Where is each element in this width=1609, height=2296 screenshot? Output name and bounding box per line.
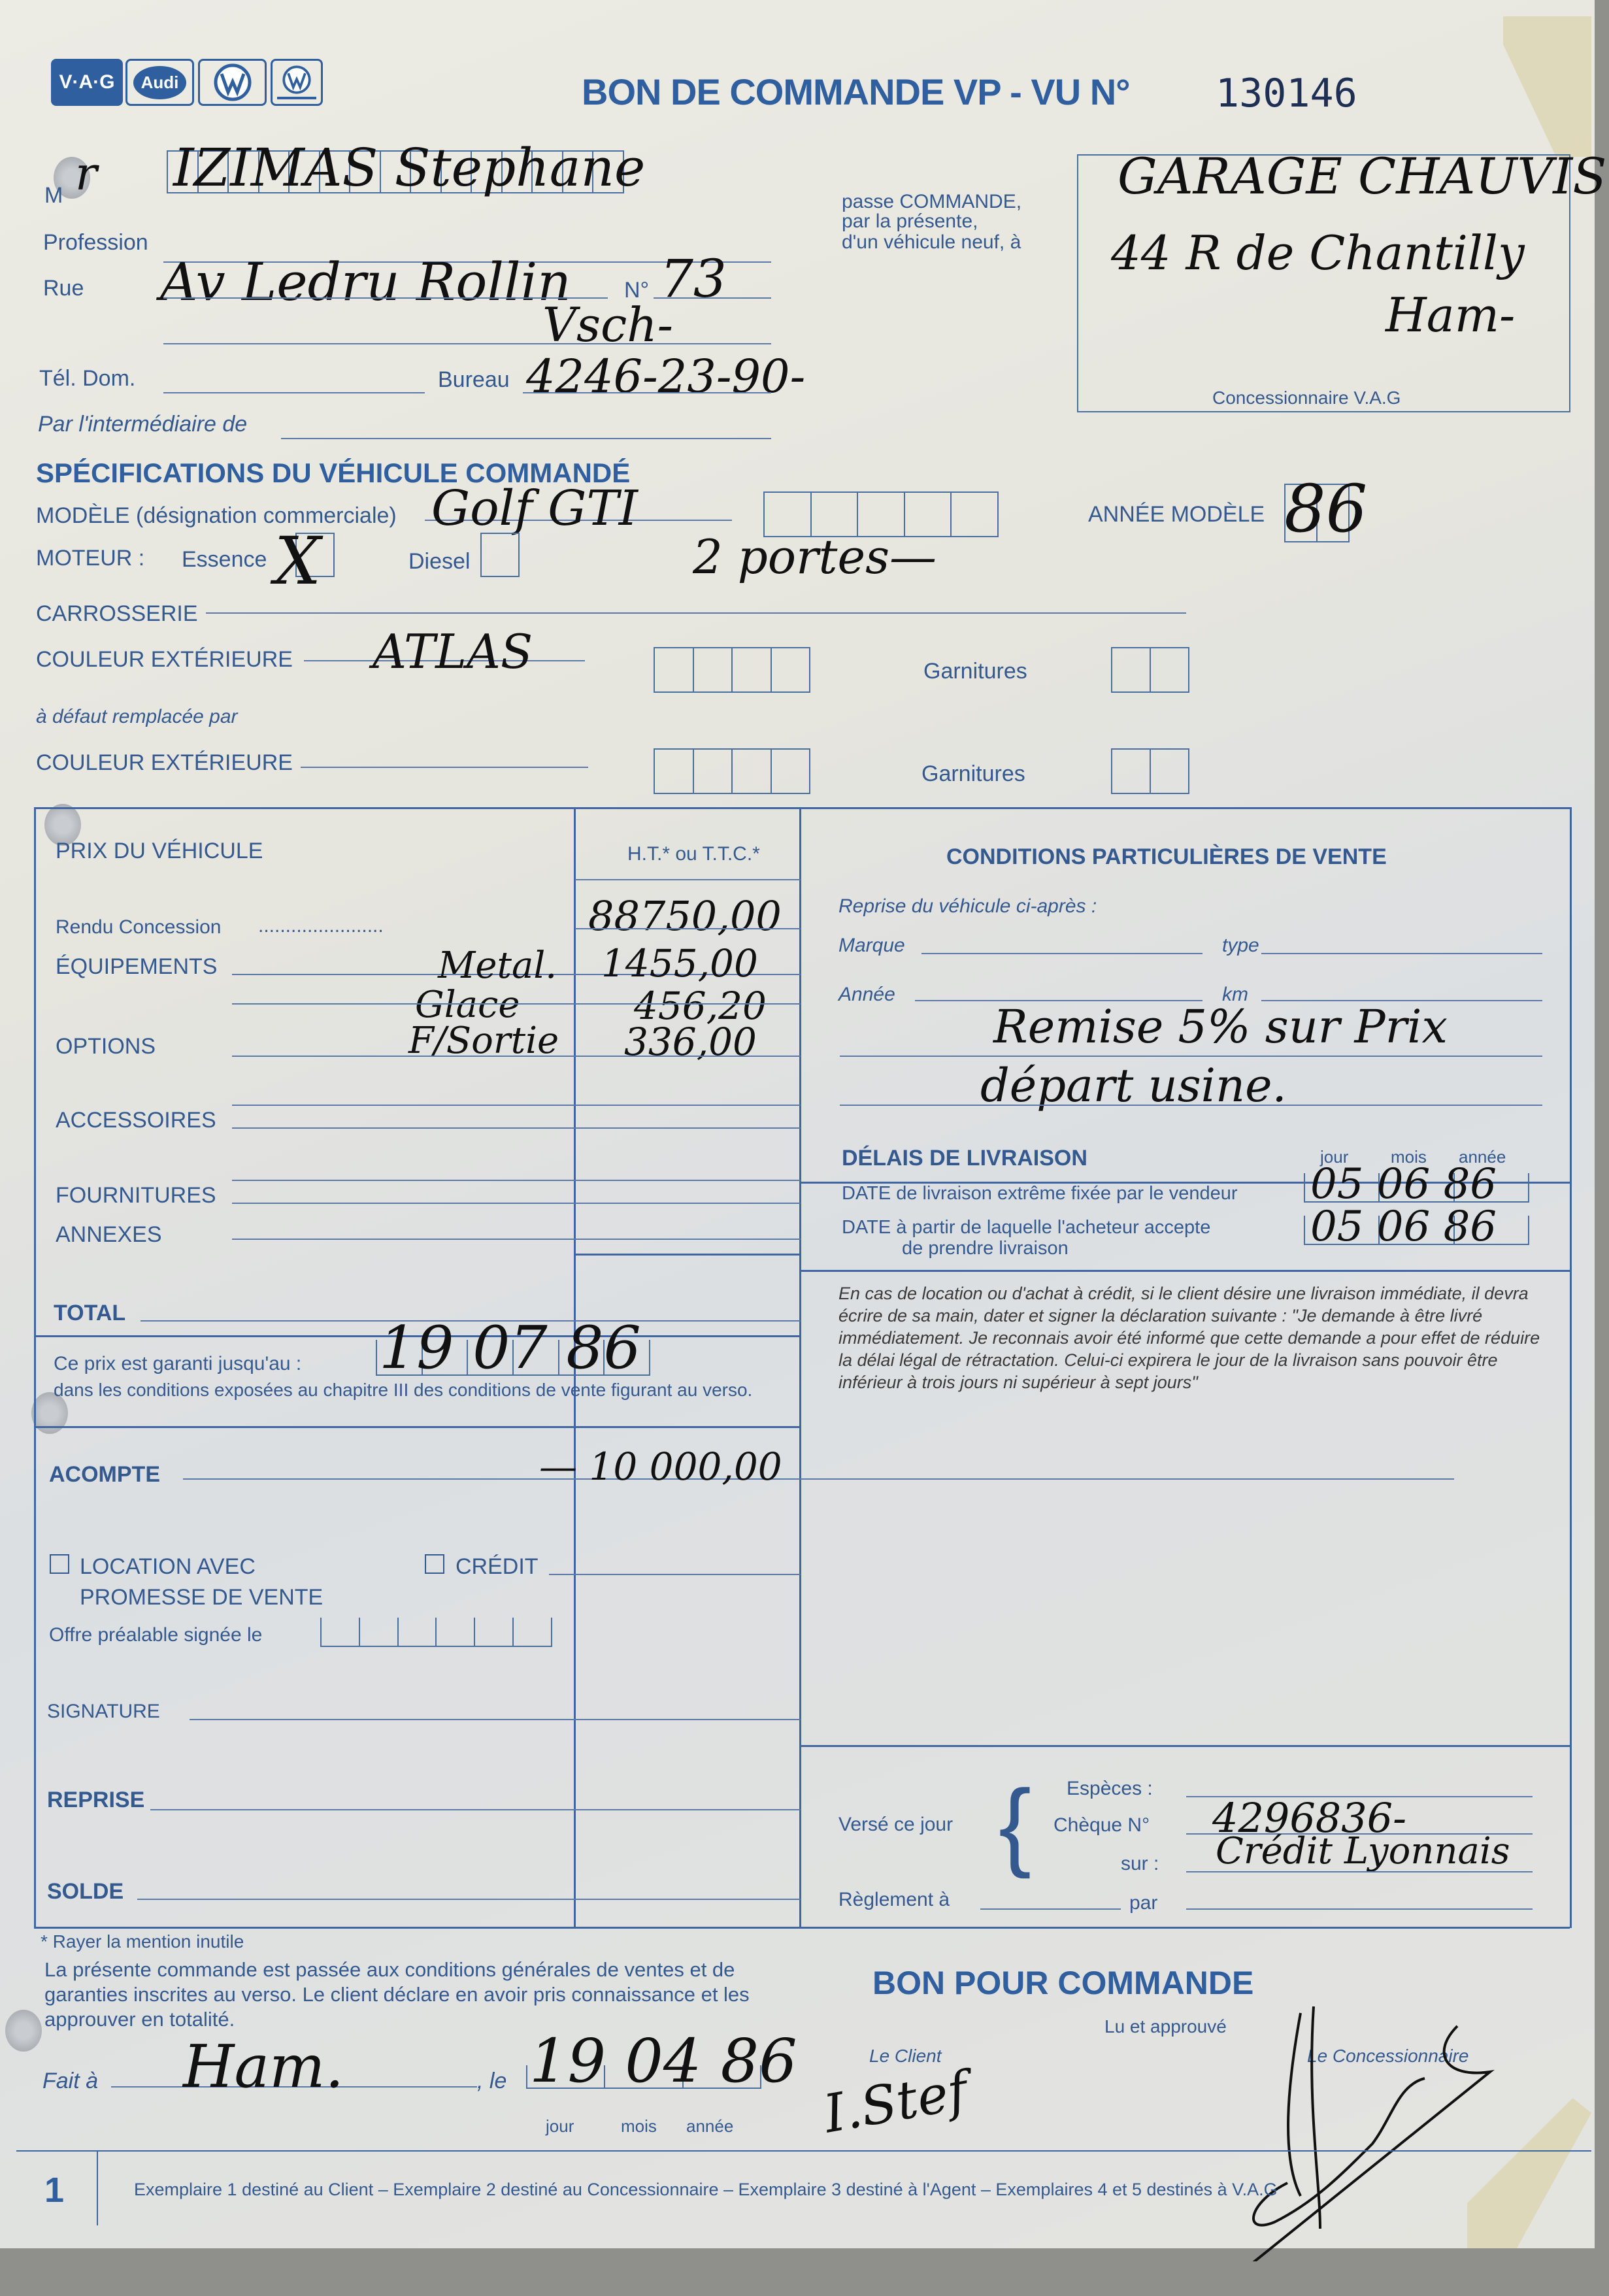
date1-value: 05 06 86	[1310, 1160, 1497, 1208]
especes-label: Espèces :	[1067, 1778, 1153, 1800]
table-bottom-border	[34, 1927, 1570, 1929]
credit-checkbox[interactable]	[425, 1554, 444, 1574]
date2-value: 05 06 86	[1310, 1203, 1497, 1251]
garanti-text: dans les conditions exposées au chapitre…	[54, 1379, 792, 1401]
solde-line	[137, 1899, 801, 1900]
rendu-value: 88750,00	[588, 892, 782, 940]
garnitures2-label: Garnitures	[921, 761, 1025, 787]
acompte-line	[183, 1478, 1454, 1480]
rue-value: Av Ledru Rollin	[160, 252, 571, 312]
title-value: r	[75, 147, 97, 201]
footer-divider	[16, 2150, 1591, 2152]
title-label: M	[44, 183, 63, 208]
carrosserie-line	[206, 612, 1186, 614]
date2-label-1: DATE à partir de laquelle l'acheteur acc…	[842, 1217, 1210, 1239]
marque-label: Marque	[838, 935, 905, 957]
solde-label: SOLDE	[47, 1879, 124, 1905]
audi-logo: Audi	[125, 59, 194, 106]
credit-line	[549, 1574, 801, 1575]
notice-divider	[799, 1270, 1570, 1272]
vw-emblem-icon	[282, 65, 311, 94]
dealer-address: 44 R de Chantilly	[1111, 225, 1525, 280]
equipements-label: ÉQUIPEMENTS	[56, 954, 217, 980]
brace: {	[999, 1768, 1031, 1881]
fait-jour: jour	[546, 2116, 574, 2137]
offre-date-cells	[320, 1618, 552, 1647]
couleur1-code-cells	[654, 647, 810, 693]
type-label: type	[1222, 935, 1259, 957]
signature-line	[190, 1719, 801, 1720]
reprise-line	[150, 1809, 801, 1810]
le-label: , le	[477, 2069, 506, 2094]
vw-logo	[198, 59, 267, 106]
livraison-heading: DÉLAIS DE LIVRAISON	[842, 1146, 1087, 1171]
tel-dom-label: Tél. Dom.	[39, 366, 135, 391]
sur-line	[1186, 1871, 1533, 1872]
annee-modele-label: ANNÉE MODÈLE	[1088, 502, 1265, 527]
dealer-name: GARAGE CHAUVIS	[1118, 147, 1606, 205]
dealer-intro-1: passe COMMANDE,	[842, 191, 1021, 213]
dealer-city: Ham-	[1385, 288, 1515, 342]
bureau-label: Bureau	[438, 367, 510, 393]
fait-annee: année	[686, 2116, 733, 2137]
client-name: IZIMAS Stephane	[173, 137, 645, 198]
sur-value: Crédit Lyonnais	[1216, 1830, 1510, 1872]
annexes-label: ANNEXES	[56, 1222, 162, 1248]
rendu-label: Rendu Concession	[56, 916, 222, 939]
date2-label-2: de prendre livraison	[902, 1238, 1069, 1259]
bon-pour-commande: BON POUR COMMANDE	[872, 1964, 1253, 2002]
moteur-label: MOTEUR :	[36, 546, 144, 571]
garnitures1-cells	[1111, 647, 1189, 693]
rendu-dots: .......................	[258, 915, 384, 937]
portes-value: 2 portes—	[693, 529, 937, 584]
diesel-label: Diesel	[408, 549, 470, 574]
fait-date-value: 19 04 86	[529, 2026, 797, 2096]
garnitures2-cells	[1111, 748, 1189, 794]
lu-approuve: Lu et approuvé	[1104, 2016, 1227, 2037]
conditions-note-1: Remise 5% sur Prix	[993, 1000, 1448, 1054]
intermediaire-label: Par l'intermédiaire de	[38, 412, 247, 437]
annee-reprise-label: Année	[838, 984, 895, 1006]
modele-label: MODÈLE (désignation commerciale)	[36, 503, 397, 529]
price-line	[232, 1003, 801, 1005]
form-title: BON DE COMMANDE VP - VU N°	[582, 71, 1130, 113]
marque-line	[921, 953, 1203, 954]
payment-divider	[799, 1745, 1570, 1747]
garanti-divider	[34, 1426, 801, 1428]
fournitures-label: FOURNITURES	[56, 1183, 216, 1208]
location-checkbox[interactable]	[50, 1554, 69, 1574]
city-line	[163, 343, 771, 344]
par-line	[1186, 1908, 1533, 1910]
promesse-label: PROMESSE DE VENTE	[80, 1585, 323, 1610]
price-line	[232, 1239, 801, 1240]
couleur2-label: COULEUR EXTÉRIEURE	[36, 750, 293, 776]
couleur1-value: ATLAS	[373, 624, 533, 679]
credit-label: CRÉDIT	[456, 1554, 539, 1580]
type-line	[1261, 953, 1542, 954]
credit-notice: En cas de location ou d'achat à crédit, …	[838, 1282, 1554, 1393]
ht-header-line	[575, 879, 801, 880]
bureau-line	[523, 392, 771, 393]
price-line	[232, 1056, 801, 1057]
date1-label: DATE de livraison extrême fixée par le v…	[842, 1183, 1238, 1205]
signature-label: SIGNATURE	[47, 1701, 160, 1723]
equipements-note: Metal.	[438, 944, 557, 987]
vw-emblem-icon	[214, 63, 252, 101]
sortie-value: 336,00	[624, 1020, 757, 1064]
essence-mark: X	[274, 523, 321, 599]
conditions-line	[840, 1056, 1542, 1057]
intermediaire-line	[281, 438, 771, 439]
dealer-caption: Concessionnaire V.A.G	[1212, 388, 1401, 408]
rue-label: Rue	[43, 276, 84, 301]
vag-logo: V·A·G	[51, 59, 123, 106]
offre-label: Offre préalable signée le	[49, 1624, 262, 1646]
acompte-label: ACOMPTE	[49, 1462, 160, 1488]
acompte-value: — 10 000,00	[539, 1444, 782, 1489]
rue-line	[163, 297, 608, 299]
rayer-note: * Rayer la mention inutile	[41, 1931, 244, 1952]
table-col-divider-2	[799, 807, 801, 1928]
fait-mois: mois	[621, 2116, 657, 2137]
carrosserie-label: CARROSSERIE	[36, 601, 198, 627]
sur-label: sur :	[1121, 1853, 1159, 1875]
legal-text: La présente commande est passée aux cond…	[44, 1957, 776, 2032]
tel-dom-line	[163, 392, 425, 393]
profession-label: Profession	[43, 230, 148, 256]
essence-label: Essence	[182, 547, 267, 573]
verse-label: Versé ce jour	[838, 1814, 953, 1836]
copies-text: Exemplaire 1 destiné au Client – Exempla…	[134, 2180, 1278, 2200]
diesel-checkbox[interactable]	[480, 533, 520, 577]
fait-label: Fait à	[42, 2069, 98, 2094]
modele-value: Golf GTI	[431, 480, 638, 537]
price-line	[232, 1127, 801, 1129]
reglement-line	[980, 1908, 1121, 1910]
dealer-signature-icon	[1209, 1987, 1575, 2261]
punch-hole	[5, 2010, 42, 2052]
table-top-border	[34, 807, 1570, 809]
accessoires-label: ACCESSOIRES	[56, 1108, 216, 1133]
table-left-border	[34, 807, 36, 1928]
price-line	[232, 1203, 801, 1204]
client-signature: I.Stef	[820, 2060, 972, 2145]
garanti-label: Ce prix est garanti jusqu'au :	[54, 1353, 301, 1375]
reprise-intro: Reprise du véhicule ci-après :	[838, 895, 1097, 918]
price-line	[232, 1105, 801, 1106]
prix-label: PRIX DU VÉHICULE	[56, 839, 263, 864]
fait-value: Ham.	[183, 2033, 344, 2101]
couleur2-line	[301, 767, 588, 768]
par-label: par	[1129, 1892, 1157, 1914]
annee-modele-value: 86	[1284, 471, 1367, 547]
footer-col-divider	[97, 2150, 98, 2225]
ht-ttc-header: H.T.* ou T.T.C.*	[627, 843, 760, 865]
order-form-paper: V·A·G Audi BON DE COMMANDE VP - VU N° 13…	[0, 0, 1595, 2248]
reglement-label: Règlement à	[838, 1889, 950, 1911]
couleur1-label: COULEUR EXTÉRIEURE	[36, 647, 293, 673]
dealer-intro-3: d'un véhicule neuf, à	[842, 231, 1021, 254]
price-divider	[575, 1254, 801, 1256]
couleur2-code-cells	[654, 748, 810, 794]
garanti-value: 19 07 86	[379, 1314, 641, 1382]
defaut-label: à défaut remplacée par	[36, 706, 238, 728]
conditions-line	[840, 1105, 1542, 1106]
conditions-heading: CONDITIONS PARTICULIÈRES DE VENTE	[946, 844, 1387, 870]
reprise-label: REPRISE	[47, 1788, 144, 1813]
table-right-border	[1570, 807, 1572, 1928]
equipements-value: 1455,00	[601, 941, 758, 986]
price-line	[575, 928, 801, 929]
vw-utility-logo	[271, 59, 323, 106]
tape-top-right	[1503, 16, 1591, 157]
location-label: LOCATION AVEC	[80, 1554, 256, 1580]
price-line	[232, 1180, 801, 1181]
client-sig-label: Le Client	[869, 2046, 942, 2067]
garnitures1-label: Garnitures	[923, 659, 1027, 684]
order-number: 130146	[1216, 71, 1357, 116]
total-label: TOTAL	[54, 1301, 125, 1326]
bureau-value: 4246-23-90-	[526, 350, 805, 403]
options-label: OPTIONS	[56, 1034, 156, 1059]
dealer-intro-2: par la présente,	[842, 210, 978, 233]
cheque-label: Chèque N°	[1053, 1814, 1150, 1837]
copy-number: 1	[44, 2170, 64, 2210]
